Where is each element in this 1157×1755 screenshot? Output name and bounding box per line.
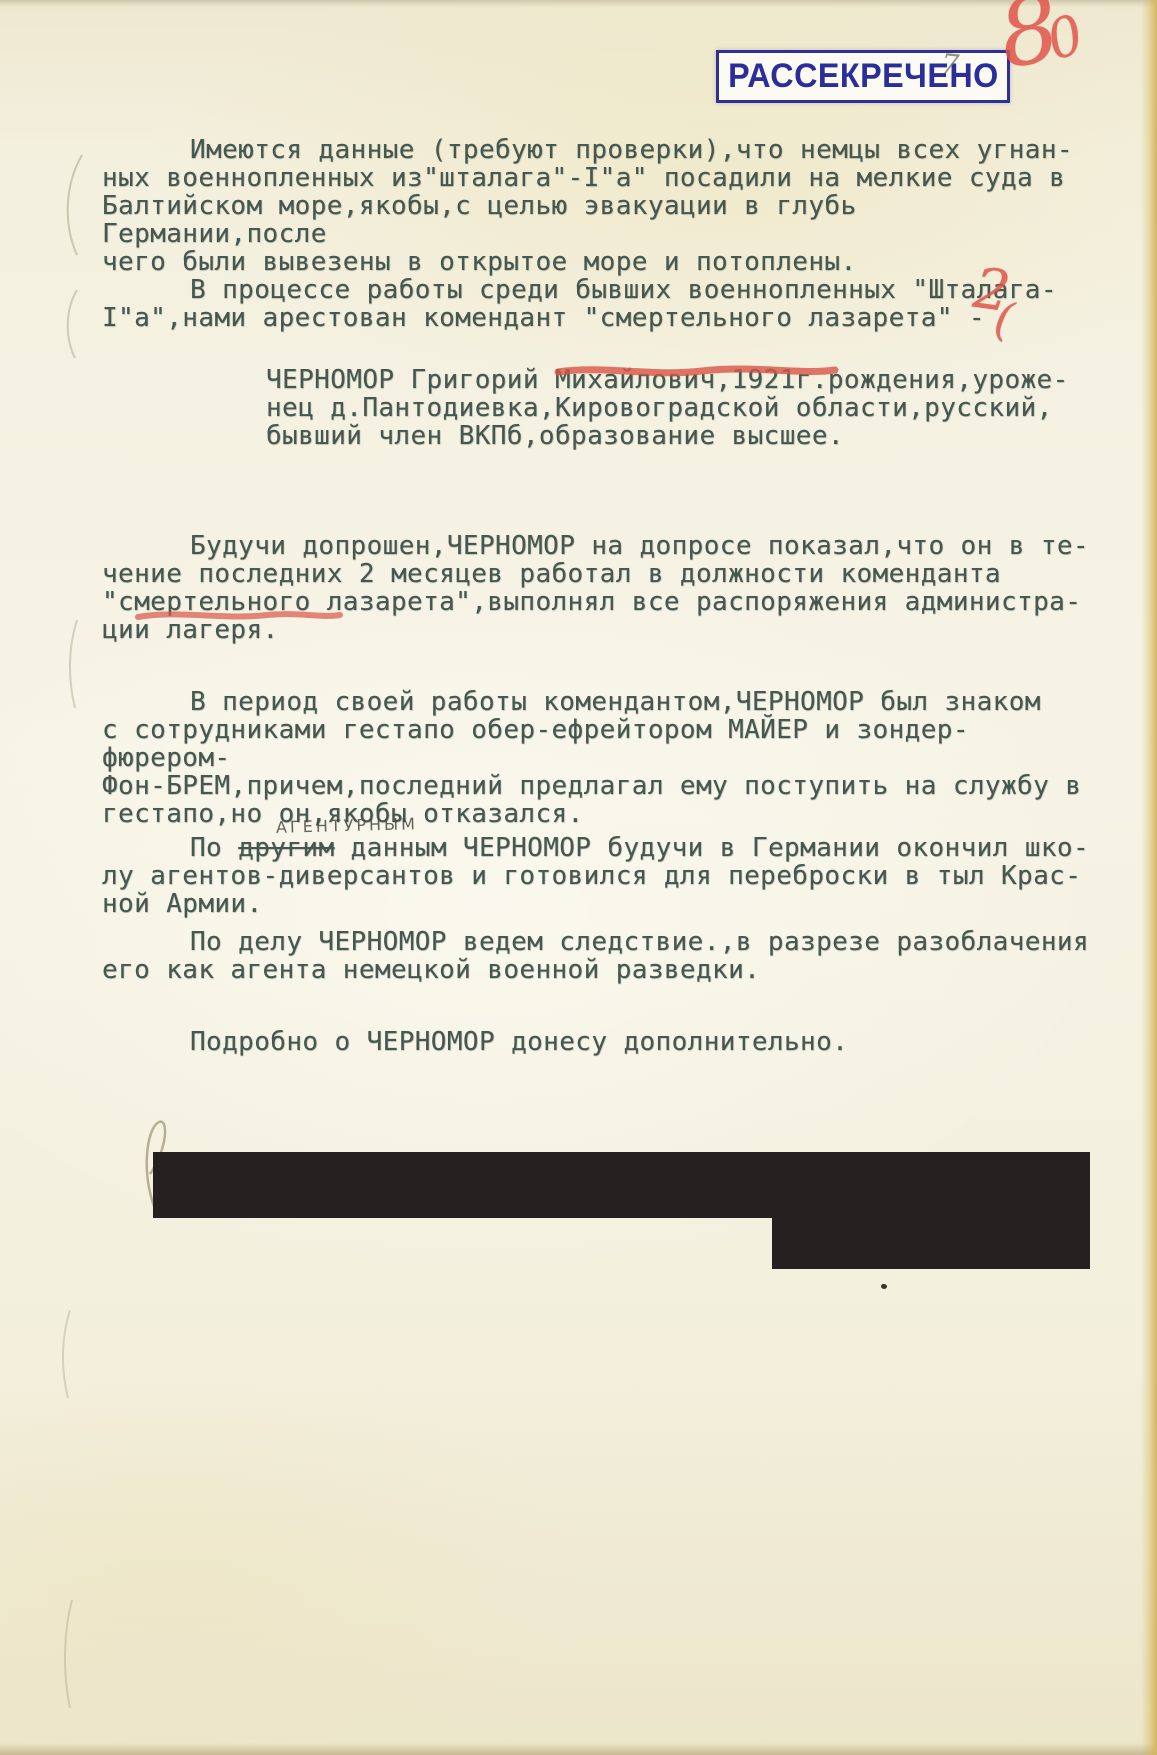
agent-school-text-rest: лу агентов-диверсантов и готовился для п…	[102, 862, 1097, 918]
paragraph-gestapo-contacts: В период своей работы комендантом,ЧЕРНОМ…	[102, 688, 1097, 828]
paragraph-drowning-report: Имеются данные (требуют проверки),что не…	[102, 136, 1097, 276]
paragraph-agent-school: По другим данным ЧЕРНОМОР будучи в Герма…	[102, 834, 1097, 918]
redaction-block-top	[153, 1152, 1090, 1218]
declassified-stamp: РАССЕКРЕЧЕНО	[716, 50, 1010, 103]
scanned-document-page: РАССЕКРЕЧЕНО 7 8 0 Имеются данные (требу…	[0, 0, 1157, 1755]
paragraph-arrest-intro: В процессе работы среди бывших военнопле…	[102, 276, 1097, 332]
redaction-block-bottom	[772, 1218, 1090, 1269]
paper-top-edge-shadow	[0, 0, 1157, 7]
paragraph-investigation: По делу ЧЕРНОМОР ведем следствие.,в разр…	[102, 928, 1097, 984]
struck-word: другим	[238, 833, 334, 863]
paper-crease	[56, 1308, 78, 1400]
paper-crease	[58, 152, 90, 258]
red-underline-death-infirmary-2	[132, 606, 347, 626]
pencil-mark-7: 7	[939, 47, 960, 82]
paragraph-followup: Подробно о ЧЕРНОМОР донесу дополнительно…	[102, 1028, 1097, 1056]
red-underline-death-infirmary	[552, 362, 842, 382]
ink-speck	[880, 1283, 887, 1290]
agent-school-text-prefix: По	[190, 833, 238, 863]
paper-crease	[60, 288, 86, 360]
paper-crease	[64, 618, 86, 710]
agent-school-text-suffix: данным ЧЕРНОМОР будучи в Германии окончи…	[335, 833, 1090, 863]
paper-crease	[58, 1598, 80, 1710]
paragraph-interrogation: Будучи допрошен,ЧЕРНОМОР на допросе пока…	[102, 532, 1097, 644]
